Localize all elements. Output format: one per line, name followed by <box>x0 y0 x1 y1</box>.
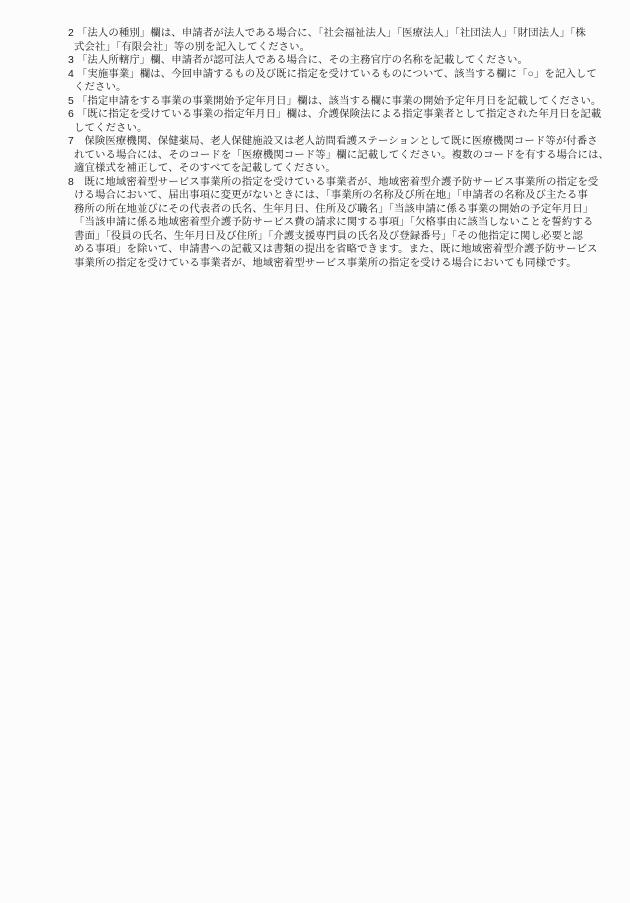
instruction-line: 「当該申請に係る地域密着型介護予防サービス費の請求に関する事項」「欠格事由に該当… <box>0 216 630 230</box>
instruction-line: 適宜様式を補正して、そのすべてを記載してください。 <box>0 162 630 176</box>
document-page: 2 「法人の種別」欄は、申請者が法人である場合に、「社会福祉法人」「医療法人」「… <box>0 0 630 903</box>
instruction-line: 式会社」「有限会社」等の別を記入してください。 <box>0 41 630 55</box>
instruction-line: 7 保険医療機関、保健薬局、老人保健施設又は老人訪問看護ステーションとして既に医… <box>0 135 630 149</box>
instruction-line: 6 「既に指定を受けている事業の指定年月日」欄は、介護保険法による指定事業者とし… <box>0 108 630 122</box>
instruction-line: れている場合には、そのコードを「医療機関コード等」欄に記載してください。複数のコ… <box>0 149 630 163</box>
instruction-line: ける場合において、届出事項に変更がないときには、「事業所の名称及び所在地」「申請… <box>0 189 630 203</box>
instruction-line: 3 「法人所轄庁」欄、申請者が認可法人である場合に、その主務官庁の名称を記載して… <box>0 54 630 68</box>
instruction-line: してください。 <box>0 122 630 136</box>
instruction-line: 事業所の指定を受けている事業者が、地域密着型サービス事業所の指定を受ける場合にお… <box>0 257 630 271</box>
instruction-line: 書面」「役員の氏名、生年月日及び住所」「介護支援専門員の氏名及び登録番号」「その… <box>0 230 630 244</box>
instruction-line: 8 既に地域密着型サービス事業所の指定を受けている事業者が、地域密着型介護予防サ… <box>0 176 630 190</box>
instructions-list: 2 「法人の種別」欄は、申請者が法人である場合に、「社会福祉法人」「医療法人」「… <box>0 27 630 270</box>
instruction-line: 4 「実施事業」欄は、今回申請するもの及び既に指定を受けているものについて、該当… <box>0 68 630 82</box>
instruction-line: める事項」を除いて、申請書への記載又は書類の提出を省略できます。また、既に地域密… <box>0 243 630 257</box>
instruction-line: 5 「指定申請をする事業の事業開始予定年月日」欄は、該当する欄に事業の開始予定年… <box>0 95 630 109</box>
instruction-line: 2 「法人の種別」欄は、申請者が法人である場合に、「社会福祉法人」「医療法人」「… <box>0 27 630 41</box>
instruction-line: 務所の所在地並びにその代表者の氏名、生年月日、住所及び職名」「当該申請に係る事業… <box>0 203 630 217</box>
instruction-line: ください。 <box>0 81 630 95</box>
